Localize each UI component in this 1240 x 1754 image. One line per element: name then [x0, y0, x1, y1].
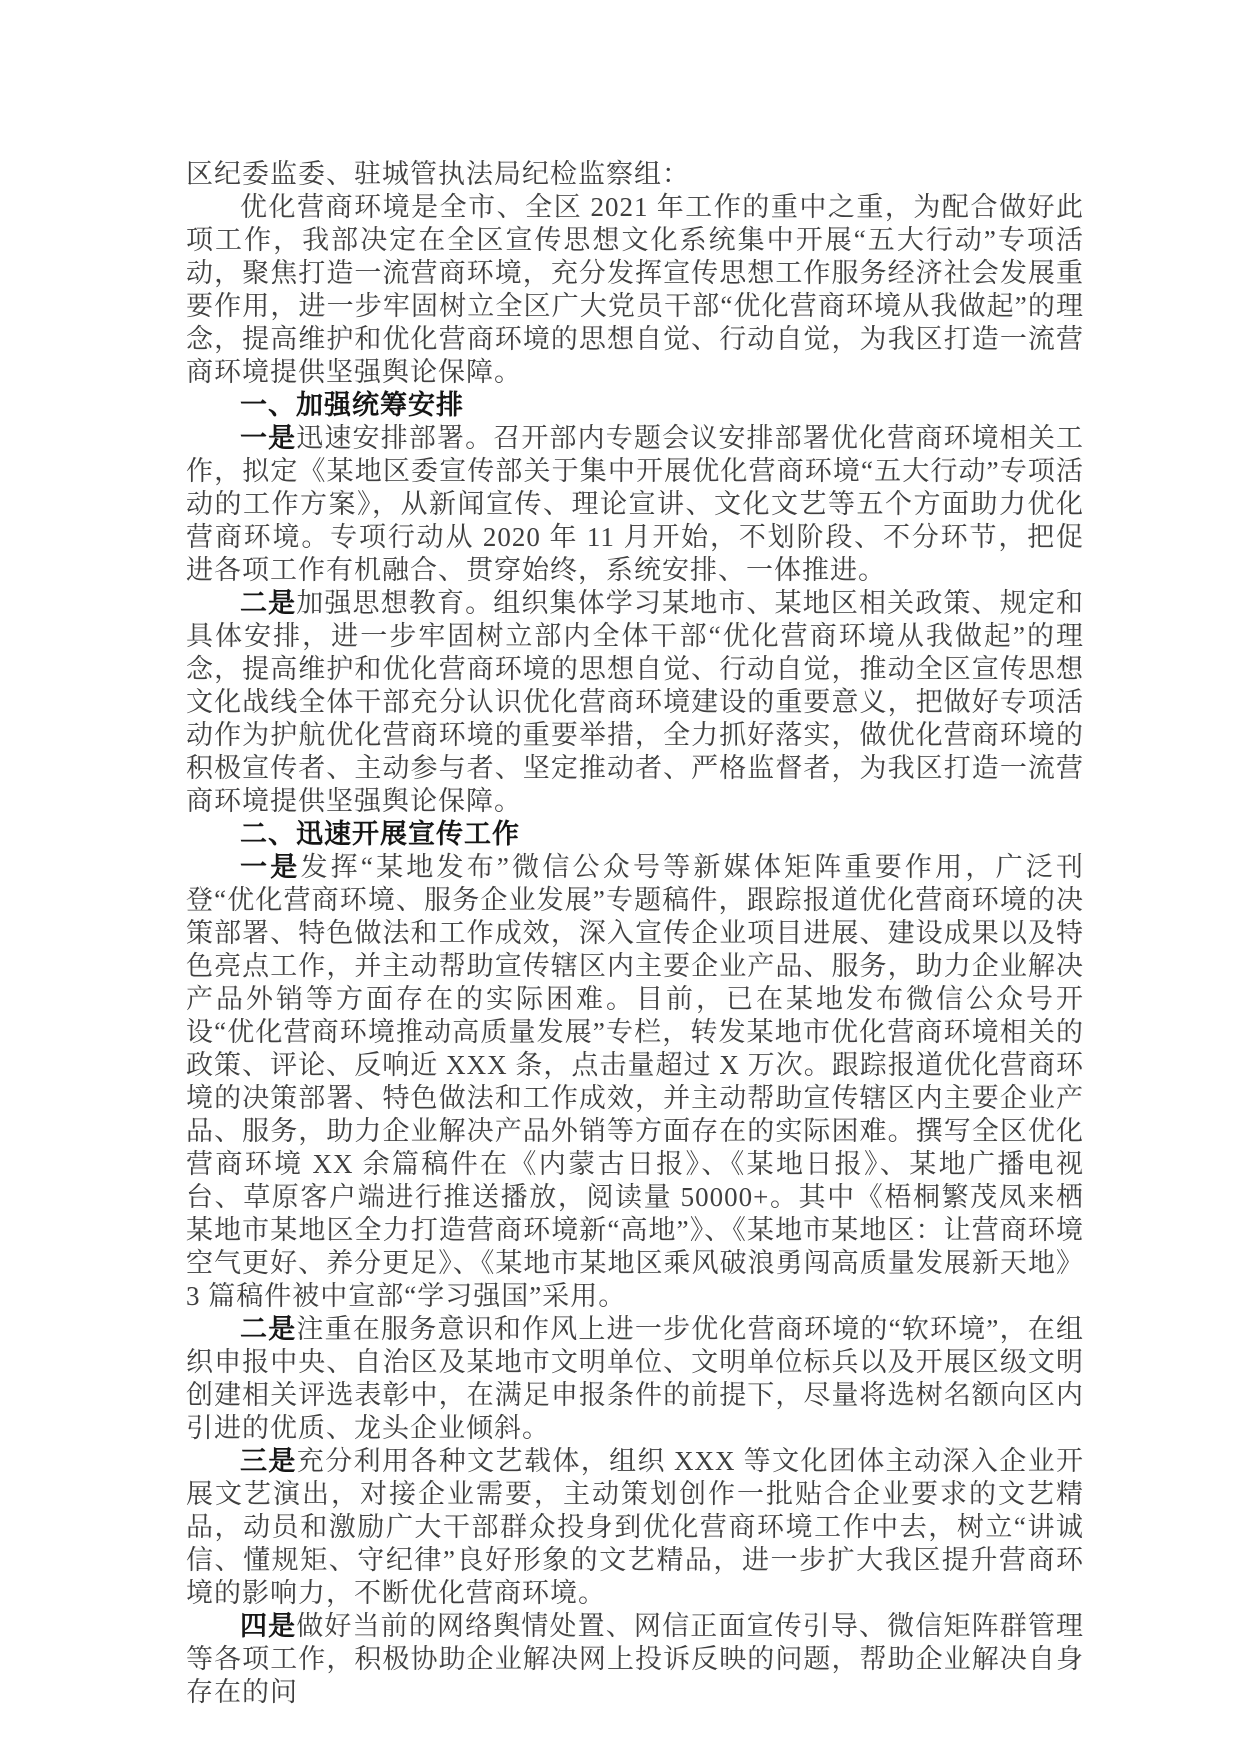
section-heading-1: 一、加强统筹安排: [186, 389, 1084, 422]
item-lead: 一是: [240, 852, 300, 882]
intro-paragraph: 优化营商环境是全市、全区 2021 年工作的重中之重，为配合做好此项工作，我部决…: [186, 191, 1084, 389]
item-text: 注重在服务意识和作风上进一步优化营商环境的“软环境”，在组织申报中央、自治区及某…: [186, 1314, 1084, 1443]
item-text: 发挥“某地发布”微信公众号等新媒体矩阵重要作用，广泛刊登“优化营商环境、服务企业…: [186, 852, 1084, 1311]
item-paragraph-1-2: 二是加强思想教育。组织集体学习某地市、某地区相关政策、规定和具体安排，进一步牢固…: [186, 587, 1084, 818]
item-paragraph-1-1: 一是迅速安排部署。召开部内专题会议安排部署优化营商环境相关工作，拟定《某地区委宣…: [186, 422, 1084, 587]
item-lead: 四是: [240, 1611, 296, 1641]
item-paragraph-2-3: 三是充分利用各种文艺载体，组织 XXX 等文化团体主动深入企业开展文艺演出，对接…: [186, 1445, 1084, 1610]
item-paragraph-2-4: 四是做好当前的网络舆情处置、网信正面宣传引导、微信矩阵群管理等各项工作，积极协助…: [186, 1610, 1084, 1709]
item-lead: 二是: [240, 1314, 296, 1344]
salutation-line: 区纪委监委、驻城管执法局纪检监察组：: [186, 158, 1084, 191]
item-text: 充分利用各种文艺载体，组织 XXX 等文化团体主动深入企业开展文艺演出，对接企业…: [186, 1446, 1084, 1608]
document-page: 区纪委监委、驻城管执法局纪检监察组： 优化营商环境是全市、全区 2021 年工作…: [0, 0, 1240, 1754]
document-body: 区纪委监委、驻城管执法局纪检监察组： 优化营商环境是全市、全区 2021 年工作…: [186, 158, 1084, 1709]
item-paragraph-2-2: 二是注重在服务意识和作风上进一步优化营商环境的“软环境”，在组织申报中央、自治区…: [186, 1313, 1084, 1445]
item-text: 加强思想教育。组织集体学习某地市、某地区相关政策、规定和具体安排，进一步牢固树立…: [186, 588, 1084, 816]
item-text: 迅速安排部署。召开部内专题会议安排部署优化营商环境相关工作，拟定《某地区委宣传部…: [186, 423, 1084, 585]
section-heading-2: 二、迅速开展宣传工作: [186, 818, 1084, 851]
item-lead: 三是: [240, 1446, 297, 1476]
item-text: 做好当前的网络舆情处置、网信正面宣传引导、微信矩阵群管理等各项工作，积极协助企业…: [186, 1611, 1084, 1707]
item-lead: 一是: [240, 423, 296, 453]
item-paragraph-2-1: 一是发挥“某地发布”微信公众号等新媒体矩阵重要作用，广泛刊登“优化营商环境、服务…: [186, 851, 1084, 1313]
item-lead: 二是: [240, 588, 296, 618]
